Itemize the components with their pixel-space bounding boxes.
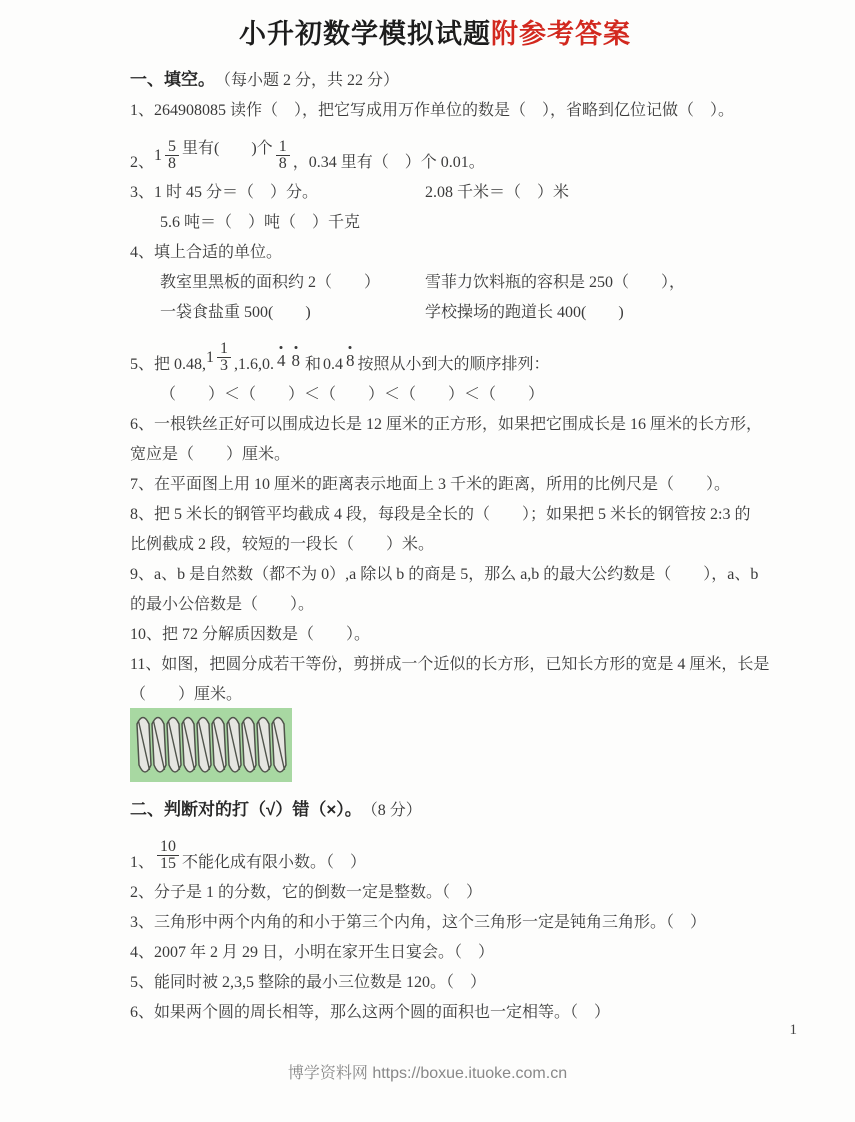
mixed-whole: 1	[154, 148, 162, 164]
s1-q8-line2-text: 比例截成 2 段，较短的一段长（ ）米。	[130, 531, 434, 554]
s1-q4-row1-left: 教室里黑板的面积约 2（ ）	[160, 269, 425, 292]
s2-q2-text: 2、分子是 1 的分数，它的倒数一定是整数。（ ）	[130, 879, 482, 902]
s1-q2: 2、 1 5 8 里有( )个 1 8 ，0.34 里有（ ）个 0.01。	[130, 120, 740, 172]
s1-q6-line2-text: 宽应是（ ）厘米。	[130, 441, 290, 464]
s1-q5-prefix: 5、把 0.48,	[130, 351, 206, 374]
s1-q5-second-pre: 0.4	[323, 356, 343, 374]
s1-q7: 7、在平面图上用 10 厘米的距离表示地面上 3 千米的距离，所用的比例尺是（ …	[130, 464, 740, 494]
exam-page: 小升初数学模拟试题附参考答案 一、填空。 （每小题 2 分，共 22 分） 1、…	[0, 0, 855, 1122]
s1-q9-line1-text: 9、a、b 是自然数（都不为 0）,a 除以 b 的商是 5，那么 a,b 的最…	[130, 561, 758, 584]
s1-q8-line1: 8、把 5 米长的钢管平均截成 4 段，每段是全长的（ ）；如果把 5 米长的钢…	[130, 494, 740, 524]
s2-q2: 2、分子是 1 的分数，它的倒数一定是整数。（ ）	[130, 872, 740, 902]
s1-q5-order-text: （ ）＜（ ）＜（ ）＜（ ）＜（ ）	[160, 381, 544, 404]
page-number: 1	[790, 1022, 798, 1039]
s1-q3-right: 2.08 千米＝（ ）米	[425, 179, 569, 202]
repeating-digit-4: 4	[277, 351, 286, 371]
s1-q6-line1: 6、一根铁丝正好可以围成边长是 12 厘米的正方形，如果把它围成长是 16 厘米…	[130, 404, 740, 434]
section1-heading-bold: 一、填空。	[130, 65, 215, 90]
s1-q9-line2-text: 的最小公倍数是（ ）。	[130, 591, 314, 614]
s2-q4: 4、2007 年 2 月 29 日，小明在家开生日宴会。（ ）	[130, 932, 740, 962]
s2-q5-text: 5、能同时被 2,3,5 整除的最小三位数是 120。（ ）	[130, 969, 486, 992]
s1-q5: 5、把 0.48, 1 1 3 ,1.6,0. 4 8 和 0.4 8 按照从小…	[130, 322, 740, 374]
repeating-digit-8b: 8	[346, 351, 355, 371]
s1-q3-left: 3、1 时 45 分＝（ ）分。	[130, 179, 425, 202]
fraction-1-8: 1 8	[276, 139, 290, 172]
s1-q2-mixed-number: 1 5 8	[154, 139, 182, 172]
s1-q4-lead: 4、填上合适的单位。	[130, 239, 282, 262]
fraction-10-15: 10 15	[157, 839, 179, 872]
title-main: 小升初数学模拟试题	[239, 19, 491, 49]
s2-q1: 1、 10 15 不能化成有限小数。（ ）	[130, 820, 740, 872]
s1-q3-line2: 5.6 吨＝（ ）吨（ ）千克	[130, 202, 740, 232]
mixed-whole: 1	[206, 350, 214, 366]
section2-heading: 二、判断对的打（√）错（×）。 （8 分）	[130, 788, 740, 820]
s1-q3: 3、1 时 45 分＝（ ）分。 2.08 千米＝（ ）米	[130, 172, 740, 202]
s1-q5-mixed-number: 1 1 3	[206, 341, 234, 374]
s2-q3-text: 3、三角形中两个内角的和小于第三个内角，这个三角形一定是钝角三角形。（ ）	[130, 909, 706, 932]
s1-q6-line1-text: 6、一根铁丝正好可以围成边长是 12 厘米的正方形，如果把它围成长是 16 厘米…	[130, 411, 762, 434]
s1-q5-mid: ,1.6,0.	[234, 356, 274, 374]
s1-q4-row2-left: 一袋食盐重 500( )	[160, 299, 425, 322]
s1-q4-row1-right: 雪菲力饮料瓶的容积是 250（ ），	[425, 269, 685, 292]
section2-heading-bold: 二、判断对的打（√）错（×）。	[130, 795, 362, 820]
s1-q8-line2: 比例截成 2 段，较短的一段长（ ）米。	[130, 524, 740, 554]
page-title: 小升初数学模拟试题附参考答案	[130, 12, 740, 58]
section1-heading: 一、填空。 （每小题 2 分，共 22 分）	[130, 58, 740, 90]
s1-q10: 10、把 72 分解质因数是（ ）。	[130, 614, 740, 644]
s1-q3-line2-text: 5.6 吨＝（ ）吨（ ）千克	[160, 209, 360, 232]
s1-q10-text: 10、把 72 分解质因数是（ ）。	[130, 621, 370, 644]
fraction-1-3: 1 3	[217, 341, 231, 374]
s1-q4-row1: 教室里黑板的面积约 2（ ） 雪菲力饮料瓶的容积是 250（ ），	[130, 262, 740, 292]
s1-q9-line2: 的最小公倍数是（ ）。	[130, 584, 740, 614]
s1-q2-tail: ，0.34 里有（ ）个 0.01。	[293, 149, 485, 172]
s1-q6-line2: 宽应是（ ）厘米。	[130, 434, 740, 464]
repeating-digit-8: 8	[292, 351, 301, 371]
s1-q11-line2: （ ）厘米。	[130, 674, 740, 704]
s1-q4-row2-right: 学校操场的跑道长 400( )	[425, 299, 624, 322]
exam-content: 小升初数学模拟试题附参考答案 一、填空。 （每小题 2 分，共 22 分） 1、…	[130, 12, 740, 1022]
s2-q5: 5、能同时被 2,3,5 整除的最小三位数是 120。（ ）	[130, 962, 740, 992]
s1-q2-label: 2、	[130, 149, 154, 172]
s1-q11-line1: 11、如图，把圆分成若干等份，剪拼成一个近似的长方形，已知长方形的宽是 4 厘米…	[130, 644, 740, 674]
s2-q4-text: 4、2007 年 2 月 29 日，小明在家开生日宴会。（ ）	[130, 939, 494, 962]
s1-q5-suffix: 按照从小到大的顺序排列：	[358, 351, 550, 374]
s2-q3: 3、三角形中两个内角的和小于第三个内角，这个三角形一定是钝角三角形。（ ）	[130, 902, 740, 932]
s1-q1: 1、264908085 读作（ ），把它写成用万作单位的数是（ ），省略到亿位记…	[130, 90, 740, 120]
s1-q4: 4、填上合适的单位。	[130, 232, 740, 262]
s2-q6: 6、如果两个圆的周长相等，那么这两个圆的面积也一定相等。（ ）	[130, 992, 740, 1022]
title-answer-red: 附参考答案	[491, 19, 631, 49]
s1-q7-text: 7、在平面图上用 10 厘米的距离表示地面上 3 千米的距离，所用的比例尺是（ …	[130, 471, 730, 494]
s1-q9-line1: 9、a、b 是自然数（都不为 0）,a 除以 b 的商是 5，那么 a,b 的最…	[130, 554, 740, 584]
s1-q1-text: 1、264908085 读作（ ），把它写成用万作单位的数是（ ），省略到亿位记…	[130, 97, 734, 120]
s2-q6-text: 6、如果两个圆的周长相等，那么这两个圆的面积也一定相等。（ ）	[130, 999, 610, 1022]
s1-q11-line1-text: 11、如图，把圆分成若干等份，剪拼成一个近似的长方形，已知长方形的宽是 4 厘米…	[130, 651, 769, 674]
s1-q4-row2: 一袋食盐重 500( ) 学校操场的跑道长 400( )	[130, 292, 740, 322]
s1-q5-and: 和	[305, 351, 321, 374]
s1-q8-line1-text: 8、把 5 米长的钢管平均截成 4 段，每段是全长的（ ）；如果把 5 米长的钢…	[130, 501, 750, 524]
section2-heading-note: （8 分）	[362, 797, 422, 820]
s1-q11-line2-text: （ ）厘米。	[130, 681, 242, 704]
s1-q5-order-line: （ ）＜（ ）＜（ ）＜（ ）＜（ ）	[130, 374, 740, 404]
s2-q1-label: 1、	[130, 849, 154, 872]
s2-q1-tail: 不能化成有限小数。（ ）	[182, 849, 366, 872]
s1-q2-mid-text: 里有( )个	[182, 135, 273, 158]
circle-sectors-figure	[130, 704, 740, 788]
section1-heading-note: （每小题 2 分，共 22 分）	[215, 67, 399, 90]
fraction-5-8: 5 8	[165, 139, 179, 172]
footer-site-text: 博学资料网 https://boxue.ituoke.com.cn	[0, 1060, 855, 1083]
circle-sectors-svg	[130, 708, 292, 782]
